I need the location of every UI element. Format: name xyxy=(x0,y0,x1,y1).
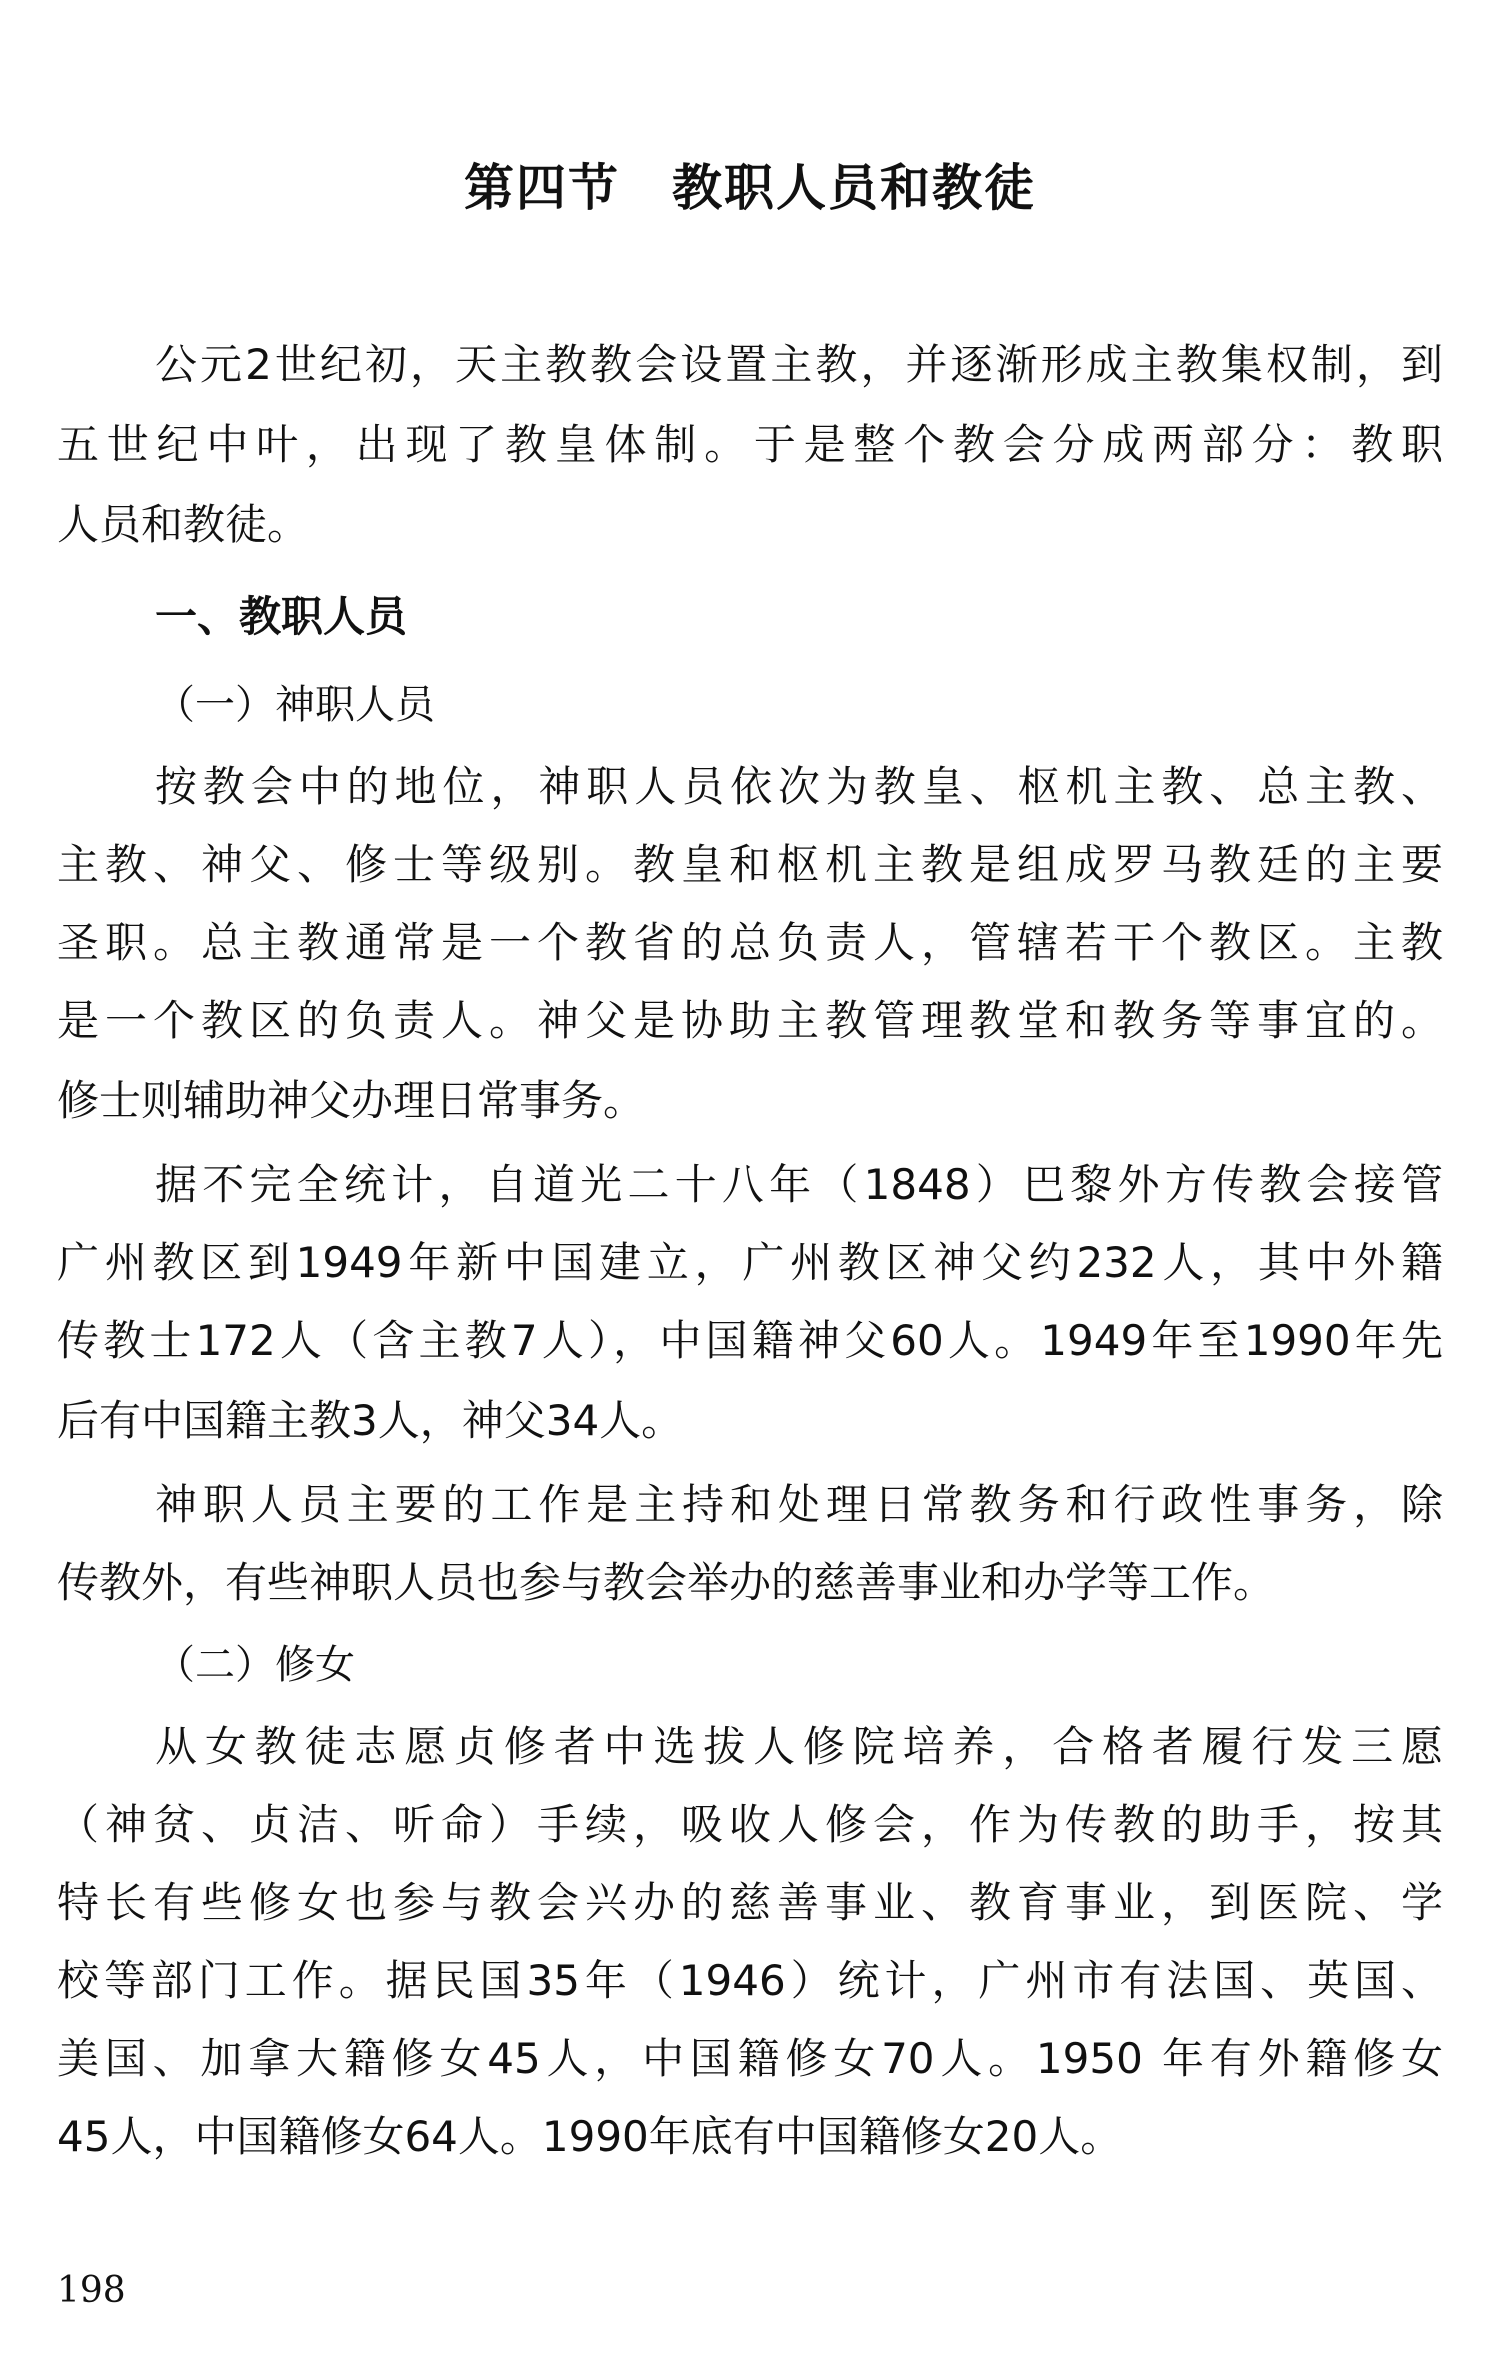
paragraph-line: 广州教区到1949年新中国建立，广州教区神父约232人，其中外籍 xyxy=(57,1238,1443,1288)
paragraph-line: 主教、神父、修士等级别。教皇和枢机主教是组成罗马教廷的主要 xyxy=(57,840,1443,890)
paragraph-line: 神职人员主要的工作是主持和处理日常教务和行政性事务，除 xyxy=(155,1480,1443,1530)
paragraph-line: 从女教徒志愿贞修者中选拔人修院培养，合格者履行发三愿 xyxy=(155,1722,1443,1772)
paragraph-line: 特长有些修女也参与教会兴办的慈善事业、教育事业，到医院、学 xyxy=(57,1878,1443,1928)
intro-line: 人员和教徒。 xyxy=(57,500,1443,550)
heading-staff: 一、教职人员 xyxy=(155,592,1443,642)
section-title: 第四节 教职人员和教徒 xyxy=(57,148,1443,220)
paragraph-line: 美国、加拿大籍修女45人，中国籍修女70人。1950 年有外籍修女 xyxy=(57,2034,1443,2084)
paragraph-line: 传教外，有些神职人员也参与教会举办的慈善事业和办学等工作。 xyxy=(57,1558,1443,1608)
intro-line: 公元2世纪初，天主教教会设置主教，并逐渐形成主教集权制，到 xyxy=(155,340,1443,390)
paragraph-line: 校等部门工作。据民国35年（1946）统计，广州市有法国、英国、 xyxy=(57,1956,1443,2006)
paragraph-line: 45人，中国籍修女64人。1990年底有中国籍修女20人。 xyxy=(57,2112,1443,2162)
paragraph-line: 据不完全统计，自道光二十八年（1848）巴黎外方传教会接管 xyxy=(155,1160,1443,1210)
paragraph-line: 传教士172人（含主教7人），中国籍神父60人。1949年至1990年先 xyxy=(57,1316,1443,1366)
page-number: 198 xyxy=(57,2270,126,2311)
paragraph-line: 是一个教区的负责人。神父是协助主教管理教堂和教务等事宜的。 xyxy=(57,996,1443,1046)
paragraph-line: 修士则辅助神父办理日常事务。 xyxy=(57,1076,1443,1126)
paragraph-line: 后有中国籍主教3人，神父34人。 xyxy=(57,1396,1443,1446)
subheading-nuns: （二）修女 xyxy=(155,1640,1443,1690)
paragraph-line: 按教会中的地位，神职人员依次为教皇、枢机主教、总主教、 xyxy=(155,762,1443,812)
paragraph-line: 圣职。总主教通常是一个教省的总负责人，管辖若干个教区。主教 xyxy=(57,918,1443,968)
paragraph-line: （神贫、贞洁、听命）手续，吸收人修会，作为传教的助手，按其 xyxy=(57,1800,1443,1850)
intro-line: 五世纪中叶，出现了教皇体制。于是整个教会分成两部分：教职 xyxy=(57,420,1443,470)
subheading-clergy: （一）神职人员 xyxy=(155,680,1443,730)
